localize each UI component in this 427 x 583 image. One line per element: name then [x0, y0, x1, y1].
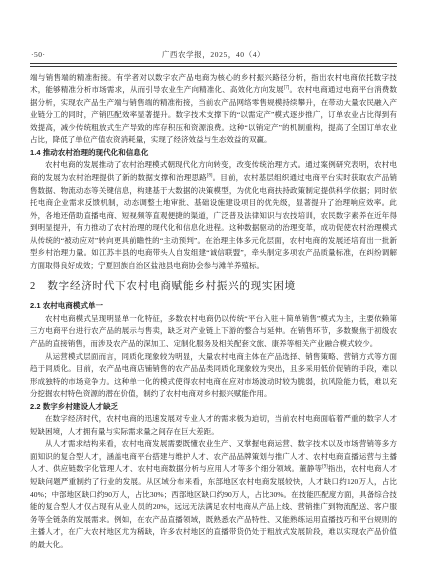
page-number: ·50·	[31, 49, 46, 60]
subsection-heading-1-4: 1.4 推动农村治理的现代化和信息化	[30, 147, 397, 160]
header-double-rule	[30, 63, 397, 67]
body-paragraph: 农村电商模式呈现明显单一化特征，多数农村电商仍以传统“平台入驻＋简单销售”模式为…	[30, 313, 397, 351]
article-body: 端与销售端的精准衔接。有学者对以数字农产品电商为核心的乡村振兴路径分析，指出农村…	[30, 72, 397, 552]
body-paragraph: 从运营模式层面而言，同质化现象较为明显，大量农村电商主体在产品选择、销售策略、营…	[30, 351, 397, 401]
body-paragraph: 在数字经济时代，农村电商的迅速发展对专业人才的需求极为迫切，当前农村电商面临着严…	[30, 413, 397, 438]
journal-title: 广西农学报，2025，40（4）	[30, 49, 397, 60]
body-paragraph: 农村电商的发展推动了农村治理模式朝现代化方向转变，改变传统治理方式。通过案例研究…	[30, 159, 397, 272]
journal-page: ·50· 广西农学报，2025，40（4） 端与销售端的精准衔接。有学者对以数字…	[0, 0, 427, 583]
subsection-heading-2-2: 2.2 数字乡村建设人才缺乏	[30, 401, 397, 414]
page-header: ·50· 广西农学报，2025，40（4）	[30, 49, 397, 60]
body-paragraph: 端与销售端的精准衔接。有学者对以数字农产品电商为核心的乡村振兴路径分析，指出农村…	[30, 72, 397, 147]
body-paragraph: 从人才需求结构来看，农村电商发展需要既懂农业生产、又掌握电商运营、数字技术以及市…	[30, 438, 397, 551]
section-heading-2: 2 数字经济时代下农村电商赋能乡村振兴的现实困境	[30, 280, 397, 294]
subsection-heading-2-1: 2.1 农村电商模式单一	[30, 300, 397, 313]
